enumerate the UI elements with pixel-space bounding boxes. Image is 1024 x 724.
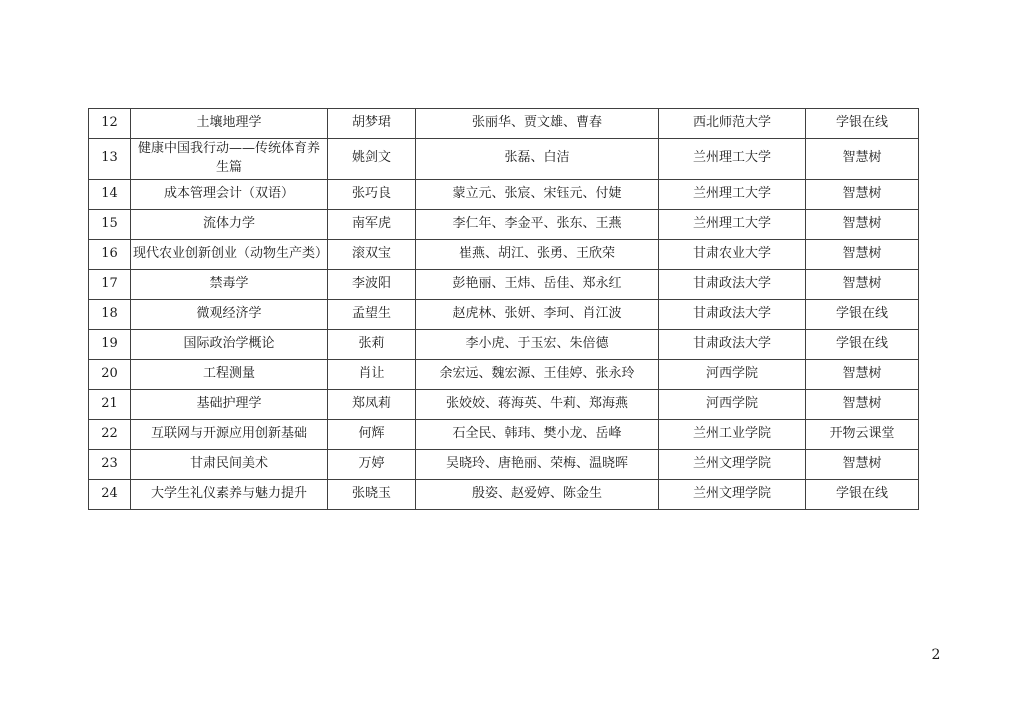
cell-members: 张磊、白洁 [416,139,659,180]
table-row: 13健康中国我行动——传统体育养生篇姚剑文张磊、白洁兰州理工大学智慧树 [89,139,919,180]
cell-members: 崔燕、胡江、张勇、王欣荣 [416,239,659,269]
cell-platform: 开物云课堂 [806,419,919,449]
cell-platform: 智慧树 [806,239,919,269]
table-row: 21基础护理学郑凤莉张姣姣、蒋海英、牛莉、郑海燕河西学院智慧树 [89,389,919,419]
cell-course: 现代农业创新创业（动物生产类） [131,239,328,269]
cell-university: 西北师范大学 [659,109,806,139]
course-table-body: 12土壤地理学胡梦珺张丽华、贾文雄、曹春西北师范大学学银在线13健康中国我行动—… [89,109,919,510]
cell-leader: 孟望生 [328,299,416,329]
cell-leader: 肖让 [328,359,416,389]
table-row: 23甘肃民间美术万婷吴晓玲、唐艳丽、荣梅、温晓晖兰州文理学院智慧树 [89,449,919,479]
cell-platform: 学银在线 [806,109,919,139]
cell-leader: 何辉 [328,419,416,449]
cell-course: 禁毒学 [131,269,328,299]
cell-platform: 智慧树 [806,139,919,180]
cell-course: 互联网与开源应用创新基础 [131,419,328,449]
page-number: 2 [926,647,946,663]
cell-leader: 郑凤莉 [328,389,416,419]
table-row: 24大学生礼仪素养与魅力提升张晓玉殷姿、赵爱婷、陈金生兰州文理学院学银在线 [89,479,919,509]
cell-university: 兰州文理学院 [659,449,806,479]
cell-course: 甘肃民间美术 [131,449,328,479]
cell-no: 16 [89,239,131,269]
cell-university: 甘肃政法大学 [659,299,806,329]
table-row: 16现代农业创新创业（动物生产类）滚双宝崔燕、胡江、张勇、王欣荣甘肃农业大学智慧… [89,239,919,269]
cell-leader: 张巧良 [328,179,416,209]
cell-no: 19 [89,329,131,359]
cell-no: 13 [89,139,131,180]
cell-leader: 万婷 [328,449,416,479]
cell-university: 兰州工业学院 [659,419,806,449]
cell-members: 张姣姣、蒋海英、牛莉、郑海燕 [416,389,659,419]
cell-course: 国际政治学概论 [131,329,328,359]
cell-members: 李仁年、李金平、张东、王燕 [416,209,659,239]
table-row: 17禁毒学李波阳彭艳丽、王炜、岳佳、郑永红甘肃政法大学智慧树 [89,269,919,299]
cell-no: 15 [89,209,131,239]
cell-leader: 滚双宝 [328,239,416,269]
cell-platform: 学银在线 [806,479,919,509]
cell-members: 吴晓玲、唐艳丽、荣梅、温晓晖 [416,449,659,479]
cell-members: 李小虎、于玉宏、朱倍德 [416,329,659,359]
cell-platform: 智慧树 [806,449,919,479]
cell-no: 18 [89,299,131,329]
cell-course: 健康中国我行动——传统体育养生篇 [131,139,328,180]
cell-no: 24 [89,479,131,509]
table-row: 22互联网与开源应用创新基础何辉石全民、韩玮、樊小龙、岳峰兰州工业学院开物云课堂 [89,419,919,449]
cell-platform: 智慧树 [806,209,919,239]
cell-university: 兰州理工大学 [659,139,806,180]
cell-members: 石全民、韩玮、樊小龙、岳峰 [416,419,659,449]
cell-university: 甘肃农业大学 [659,239,806,269]
cell-university: 兰州理工大学 [659,209,806,239]
cell-no: 22 [89,419,131,449]
table-row: 14成本管理会计（双语）张巧良蒙立元、张宸、宋钰元、付婕兰州理工大学智慧树 [89,179,919,209]
cell-leader: 南军虎 [328,209,416,239]
cell-platform: 学银在线 [806,329,919,359]
cell-leader: 张晓玉 [328,479,416,509]
cell-members: 赵虎林、张妍、李珂、肖江波 [416,299,659,329]
cell-university: 甘肃政法大学 [659,269,806,299]
cell-no: 20 [89,359,131,389]
cell-no: 17 [89,269,131,299]
cell-university: 河西学院 [659,359,806,389]
document-page: 12土壤地理学胡梦珺张丽华、贾文雄、曹春西北师范大学学银在线13健康中国我行动—… [0,0,1024,724]
cell-leader: 李波阳 [328,269,416,299]
cell-no: 12 [89,109,131,139]
table-row: 20工程测量肖让余宏远、魏宏源、王佳婷、张永玲河西学院智慧树 [89,359,919,389]
cell-members: 殷姿、赵爱婷、陈金生 [416,479,659,509]
cell-leader: 姚剑文 [328,139,416,180]
cell-course: 微观经济学 [131,299,328,329]
table-row: 12土壤地理学胡梦珺张丽华、贾文雄、曹春西北师范大学学银在线 [89,109,919,139]
cell-no: 21 [89,389,131,419]
cell-platform: 智慧树 [806,389,919,419]
cell-course: 流体力学 [131,209,328,239]
cell-no: 14 [89,179,131,209]
cell-no: 23 [89,449,131,479]
cell-members: 张丽华、贾文雄、曹春 [416,109,659,139]
cell-leader: 胡梦珺 [328,109,416,139]
cell-course: 土壤地理学 [131,109,328,139]
course-list-table: 12土壤地理学胡梦珺张丽华、贾文雄、曹春西北师范大学学银在线13健康中国我行动—… [88,108,919,510]
cell-platform: 智慧树 [806,359,919,389]
cell-course: 工程测量 [131,359,328,389]
cell-university: 甘肃政法大学 [659,329,806,359]
cell-members: 蒙立元、张宸、宋钰元、付婕 [416,179,659,209]
cell-members: 余宏远、魏宏源、王佳婷、张永玲 [416,359,659,389]
table-row: 19国际政治学概论张莉李小虎、于玉宏、朱倍德甘肃政法大学学银在线 [89,329,919,359]
cell-university: 河西学院 [659,389,806,419]
cell-members: 彭艳丽、王炜、岳佳、郑永红 [416,269,659,299]
cell-university: 兰州文理学院 [659,479,806,509]
cell-course: 成本管理会计（双语） [131,179,328,209]
table-row: 18微观经济学孟望生赵虎林、张妍、李珂、肖江波甘肃政法大学学银在线 [89,299,919,329]
cell-course: 大学生礼仪素养与魅力提升 [131,479,328,509]
cell-university: 兰州理工大学 [659,179,806,209]
cell-platform: 智慧树 [806,269,919,299]
cell-platform: 学银在线 [806,299,919,329]
table-row: 15流体力学南军虎李仁年、李金平、张东、王燕兰州理工大学智慧树 [89,209,919,239]
cell-course: 基础护理学 [131,389,328,419]
cell-platform: 智慧树 [806,179,919,209]
cell-leader: 张莉 [328,329,416,359]
